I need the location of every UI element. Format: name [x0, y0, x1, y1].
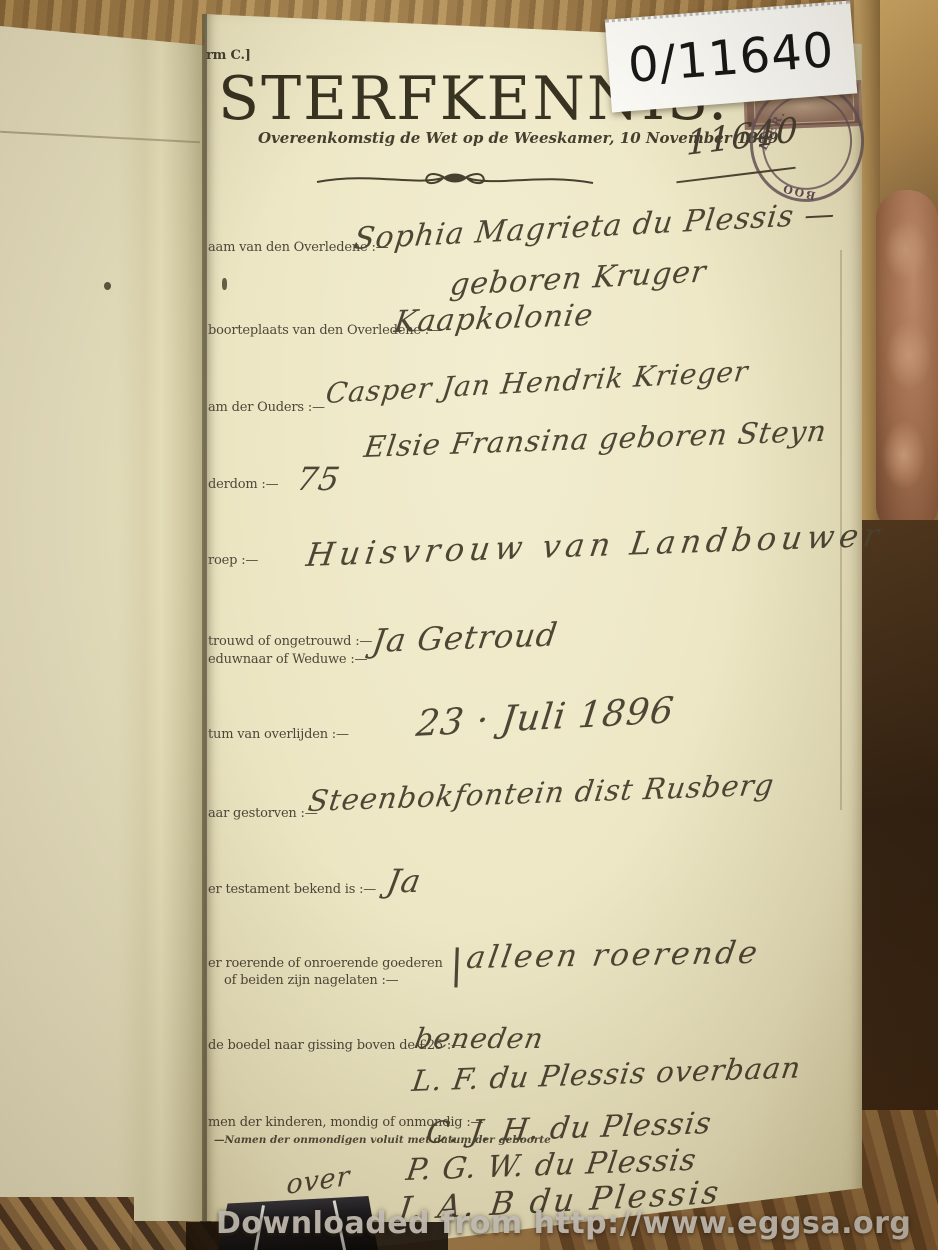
field-label-naam-ouders: am der Ouders :—: [208, 400, 325, 415]
field-label-weduwnaar: eduwnaar of Weduwe :—: [208, 652, 367, 667]
handwritten-value: 75: [294, 460, 343, 498]
handwritten-value: alleen roerende: [464, 935, 763, 976]
ink-speck: [222, 278, 227, 290]
ink-speck: [104, 282, 111, 290]
handwritten-value: Kaapkolonie: [392, 298, 596, 340]
handwritten-value: Ja Getroud: [370, 615, 560, 660]
field-label-waar-gestorven: aar gestorven :—: [208, 806, 318, 821]
knuckle-highlight: [884, 220, 928, 280]
knuckle-highlight: [882, 420, 926, 490]
fingers-holding-page: [876, 190, 938, 535]
field-label-beroep: roep :—: [208, 553, 258, 568]
field-label-datum-overlijden: tum van overlijden :—: [208, 727, 349, 742]
form-code-note: rm C.]: [206, 48, 251, 63]
photographed-death-notice: rm C.] STERFKENNIS. Overeenkomstig de We…: [0, 0, 938, 1250]
left-blank-page: [0, 0, 212, 1250]
handwritten-value: Ja: [384, 862, 425, 900]
archive-reference-number: 0/11640: [626, 22, 836, 94]
ornament-divider-icon: [315, 168, 595, 190]
eggsa-watermark: Downloaded from http://www.eggsa.org: [216, 1206, 911, 1241]
field-brace: |: [449, 942, 464, 988]
page-gutter: [202, 14, 207, 1250]
field-label-ouderdom: derdom :—: [208, 477, 278, 492]
field-label-goederen-line2: of beiden zijn nagelaten :—: [224, 973, 398, 988]
wood-table-bottom-left: [0, 1197, 134, 1250]
archive-reference-label: 0/11640: [605, 0, 858, 112]
knuckle-highlight: [886, 320, 932, 390]
field-label-testament-bekend: er testament bekend is :—: [208, 882, 376, 897]
field-label-goederen-line1: er roerende of onroerende goederen: [208, 956, 443, 971]
field-label-getrouwd: trouwd of ongetrouwd :—: [208, 634, 372, 649]
handwritten-value: beneden: [412, 1022, 546, 1055]
